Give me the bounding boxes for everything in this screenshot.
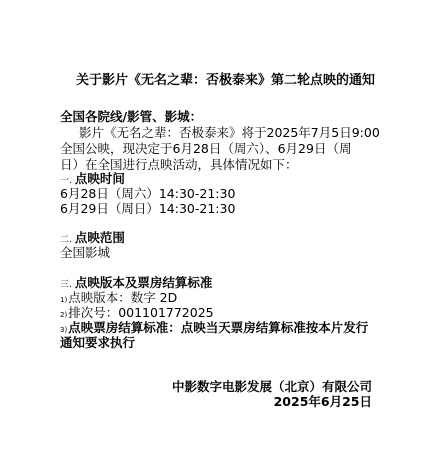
section-2-line-1: 全国影城 — [60, 245, 110, 260]
section-1-line-1: 6月28日（周六）14:30-21:30 — [60, 186, 235, 201]
section-3-item-3-continuation: 通知要求执行 — [60, 335, 135, 350]
section-3-title: 点映版本及票房结算标准 — [75, 275, 213, 290]
item-2-marker: 2) — [60, 311, 67, 319]
body-line-1: 影片《无名之辈：否极泰来》将于2025年7月5日9:00 — [79, 125, 380, 140]
salutation: 全国各院线/影管、影城： — [60, 109, 202, 124]
section-1-title: 点映时间 — [75, 171, 125, 186]
section-3-number: 三. — [60, 280, 72, 290]
item-3-text: 点映票房结算标准：点映当天票房结算标准按本片发行 — [68, 320, 368, 335]
document-title: 关于影片《无名之辈：否极泰来》第二轮点映的通知 — [76, 73, 375, 88]
signature-organization: 中影数字电影发展（北京）有限公司 — [172, 379, 372, 394]
item-1-marker: 1) — [60, 296, 67, 304]
body-line-2: 全国公映，现决定于6月28日（周六）、6月29日（周 — [60, 141, 351, 156]
signature-date: 2025年6月25日 — [274, 394, 372, 409]
item-2-text: 排次号：001101772025 — [68, 305, 213, 320]
notice-document: 关于影片《无名之辈：否极泰来》第二轮点映的通知 全国各院线/影管、影城： 影片《… — [0, 0, 435, 460]
item-3-marker: 3) — [60, 326, 67, 334]
section-2-title: 点映范围 — [75, 230, 125, 245]
body-line-3: 日）在全国进行点映活动，具体情况如下： — [60, 157, 298, 172]
section-1-line-2: 6月29日（周日）14:30-21:30 — [60, 201, 235, 216]
item-1-text: 点映版本：数字 2D — [68, 290, 177, 305]
section-1-number: 一. — [60, 176, 72, 186]
section-2-number: 二. — [60, 235, 72, 245]
